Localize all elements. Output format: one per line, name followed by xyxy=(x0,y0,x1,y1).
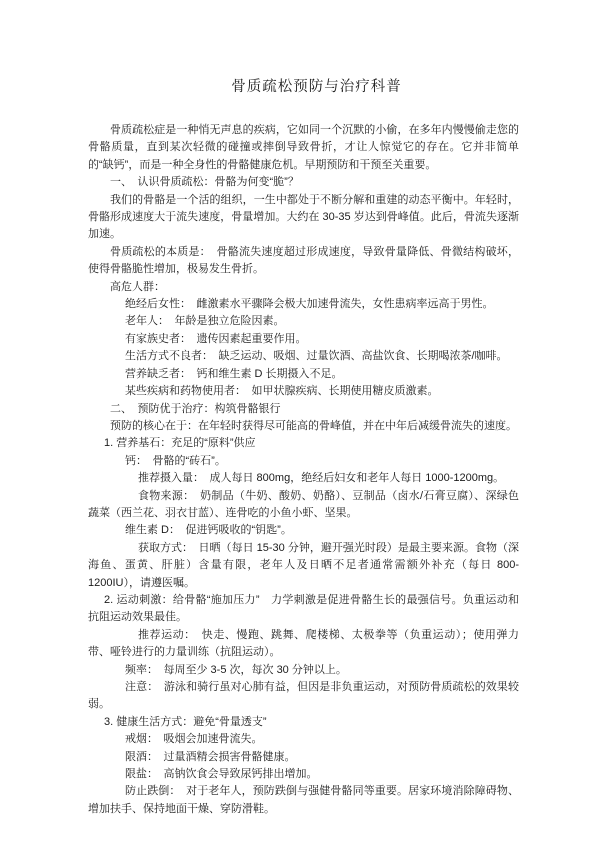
list-item-postmenopausal: 绝经后女性： 雌激素水平骤降会极大加速骨流失，女性患病率远高于男性。 xyxy=(88,296,519,313)
section-heading-2: 二、 预防优于治疗：构筑骨骼银行 xyxy=(88,401,519,418)
list-item-family-history: 有家族史者： 遗传因素起重要作用。 xyxy=(88,331,519,348)
numbered-item-2-exercise: 2. 运动刺激：给骨骼“施加压力” 力学刺激是促进骨骼生长的最强信号。负重运动和… xyxy=(88,592,519,627)
list-item-note: 注意： 游泳和骑行虽对心肺有益，但因是非负重运动，对预防骨质疏松的效果较弱。 xyxy=(88,679,519,714)
document-page: 骨质疏松预防与治疗科普 骨质疏松症是一种悄无声息的疾病，它如同一个沉默的小偷，在… xyxy=(0,0,595,841)
document-body: 骨质疏松预防与治疗科普 骨质疏松症是一种悄无声息的疾病，它如同一个沉默的小偷，在… xyxy=(88,76,519,818)
numbered-item-3-lifestyle: 3. 健康生活方式：避免“骨量透支” xyxy=(88,714,519,731)
list-item-acquisition: 获取方式： 日晒（每日 15-30 分钟，避开强光时段）是最主要来源。食物（深海… xyxy=(88,540,519,592)
list-item-fall-prevention: 防止跌倒： 对于老年人，预防跌倒与强健骨骼同等重要。居家环境消除障碍物、增加扶手… xyxy=(88,783,519,818)
list-item-food-sources: 食物来源： 奶制品（牛奶、酸奶、奶酪）、豆制品（卤水/石膏豆腐）、深绿色蔬菜（西… xyxy=(88,488,519,523)
list-item-nutrition: 营养缺乏者： 钙和维生素 D 长期摄入不足。 xyxy=(88,366,519,383)
list-item-quit-smoking: 戒烟： 吸烟会加速骨流失。 xyxy=(88,731,519,748)
list-item-limit-alcohol: 限酒： 过量酒精会损害骨骼健康。 xyxy=(88,749,519,766)
paragraph-prevention-core: 预防的核心在于：在年轻时获得尽可能高的骨峰值，并在中年后减缓骨流失的速度。 xyxy=(88,418,519,435)
numbered-item-1-nutrition: 1. 营养基石：充足的“原料”供应 xyxy=(88,435,519,452)
list-item-vitamin-d: 维生素 D： 促进钙吸收的“钥匙”。 xyxy=(88,522,519,539)
paragraph-intro: 骨质疏松症是一种悄无声息的疾病，它如同一个沉默的小偷，在多年内慢慢偷走您的骨骼质… xyxy=(88,122,519,174)
list-item-lifestyle: 生活方式不良者： 缺乏运动、吸烟、过量饮酒、高盐饮食、长期喝浓茶/咖啡。 xyxy=(88,348,519,365)
list-item-calcium: 钙： 骨骼的“砖石”。 xyxy=(88,453,519,470)
document-title: 骨质疏松预防与治疗科普 xyxy=(88,76,519,98)
list-item-disease-drugs: 某些疾病和药物使用者： 如甲状腺疾病、长期使用糖皮质激素。 xyxy=(88,383,519,400)
list-item-recommended-intake: 推荐摄入量： 成人每日 800mg，绝经后妇女和老年人每日 1000-1200m… xyxy=(88,470,519,487)
paragraph-essence: 骨质疏松的本质是： 骨骼流失速度超过形成速度，导致骨量降低、骨微结构破坏，使得骨… xyxy=(88,244,519,279)
list-item-limit-salt: 限盐： 高钠饮食会导致尿钙排出增加。 xyxy=(88,766,519,783)
list-item-recommended-exercise: 推荐运动： 快走、慢跑、跳舞、爬楼梯、太极拳等（负重运动）；使用弹力带、哑铃进行… xyxy=(88,627,519,662)
list-item-frequency: 频率： 每周至少 3-5 次，每次 30 分钟以上。 xyxy=(88,662,519,679)
paragraph-bone-tissue: 我们的骨骼是一个活的组织，一生中都处于不断分解和重建的动态平衡中。年轻时，骨骼形… xyxy=(88,192,519,244)
paragraph-high-risk-label: 高危人群： xyxy=(88,279,519,296)
list-item-elderly: 老年人： 年龄是独立危险因素。 xyxy=(88,313,519,330)
section-heading-1: 一、 认识骨质疏松：骨骼为何变“脆”？ xyxy=(88,174,519,191)
